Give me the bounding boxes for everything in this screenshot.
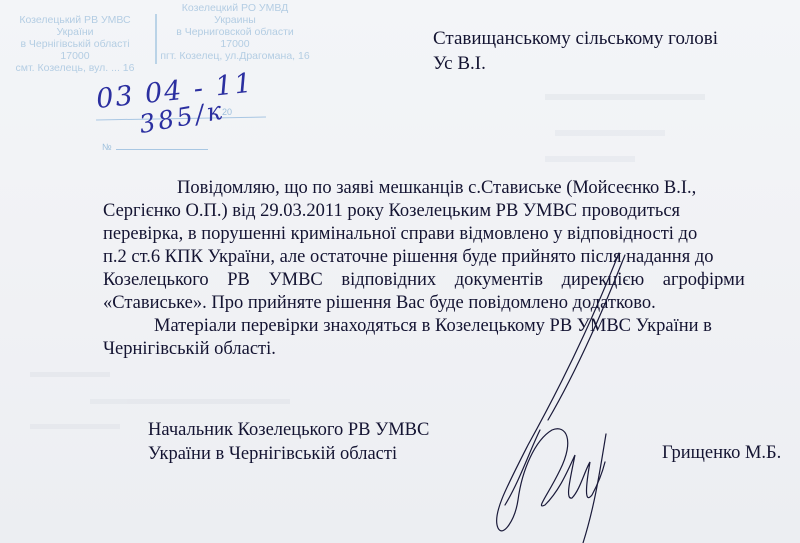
handwritten-signature	[0, 0, 800, 543]
